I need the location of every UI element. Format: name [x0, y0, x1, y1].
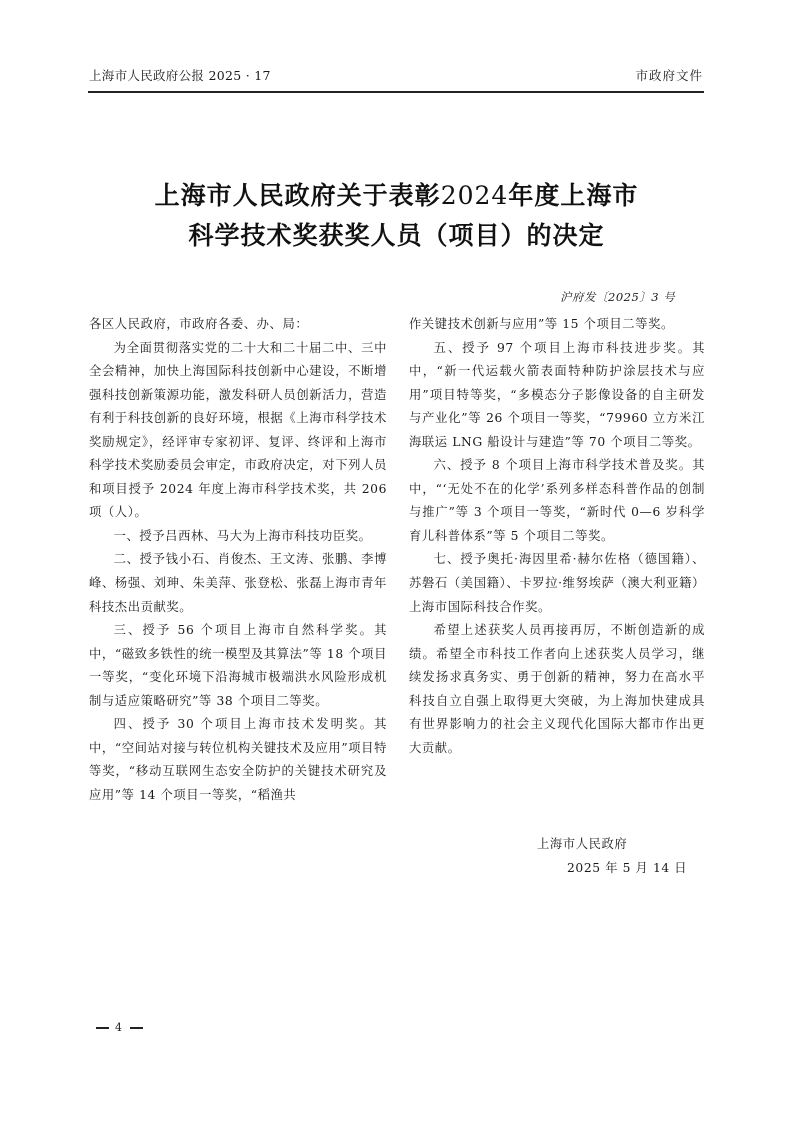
header-divider [88, 91, 704, 93]
page-number: 4 [96, 1021, 143, 1034]
document-number: 沪府发〔2025〕3 号 [560, 289, 675, 305]
left-column: 各区人民政府，市政府各委、办、局： 为全面贯彻落实党的二十大和二十届二中、三中全… [89, 313, 387, 807]
paragraph-award-2: 二、授予钱小石、肖俊杰、王文涛、张鹏、李博峰、杨强、刘珅、朱美萍、张登松、张磊上… [89, 548, 387, 619]
running-header: 上海市人民政府公报 2025 · 17 市政府文件 [89, 66, 703, 86]
title-line-1: 上海市人民政府关于表彰2024年度上海市 [100, 176, 693, 216]
publication-title: 上海市人民政府公报 2025 · 17 [89, 66, 271, 84]
dash-left [96, 1027, 109, 1029]
paragraph-award-5: 五、授予 97 个项目上海市科技进步奖。其中，“新一代运载火箭表面特种防护涂层技… [409, 337, 705, 455]
paragraph-closing: 希望上述获奖人员再接再厉，不断创造新的成绩。希望全市科技工作者向上述获奖人员学习… [409, 619, 705, 760]
salutation: 各区人民政府，市政府各委、办、局： [89, 313, 387, 337]
paragraph-award-7: 七、授予奥托·海因里希·赫尔佐格（德国籍）、苏磐石（美国籍）、卡罗拉·维努埃萨（… [409, 548, 705, 619]
paragraph-award-4: 四、授予 30 个项目上海市技术发明奖。其中，“空间站对接与转位机构关键技术及应… [89, 713, 387, 807]
title-line-2: 科学技术奖获奖人员（项目）的决定 [100, 216, 693, 256]
signature-organization: 上海市人民政府 [537, 834, 627, 852]
section-label: 市政府文件 [635, 66, 703, 84]
document-title: 上海市人民政府关于表彰2024年度上海市 科学技术奖获奖人员（项目）的决定 [100, 176, 693, 256]
paragraph-award-1: 一、授予吕西林、马大为上海市科技功臣奖。 [89, 525, 387, 549]
paragraph-award-4-continuation: 作关键技术创新与应用”等 15 个项目二等奖。 [409, 313, 705, 337]
paragraph-award-6: 六、授予 8 个项目上海市科学技术普及奖。其中，“‘无处不在的化学’系列多样态科… [409, 454, 705, 548]
paragraph-intro: 为全面贯彻落实党的二十大和二十届二中、三中全会精神，加快上海国际科技创新中心建设… [89, 337, 387, 525]
signature-date: 2025 年 5 月 14 日 [567, 858, 687, 876]
dash-right [130, 1027, 143, 1029]
right-column: 作关键技术创新与应用”等 15 个项目二等奖。 五、授予 97 个项目上海市科技… [409, 313, 705, 760]
paragraph-award-3: 三、授予 56 个项目上海市自然科学奖。其中，“磁致多铁性的统一模型及其算法”等… [89, 619, 387, 713]
